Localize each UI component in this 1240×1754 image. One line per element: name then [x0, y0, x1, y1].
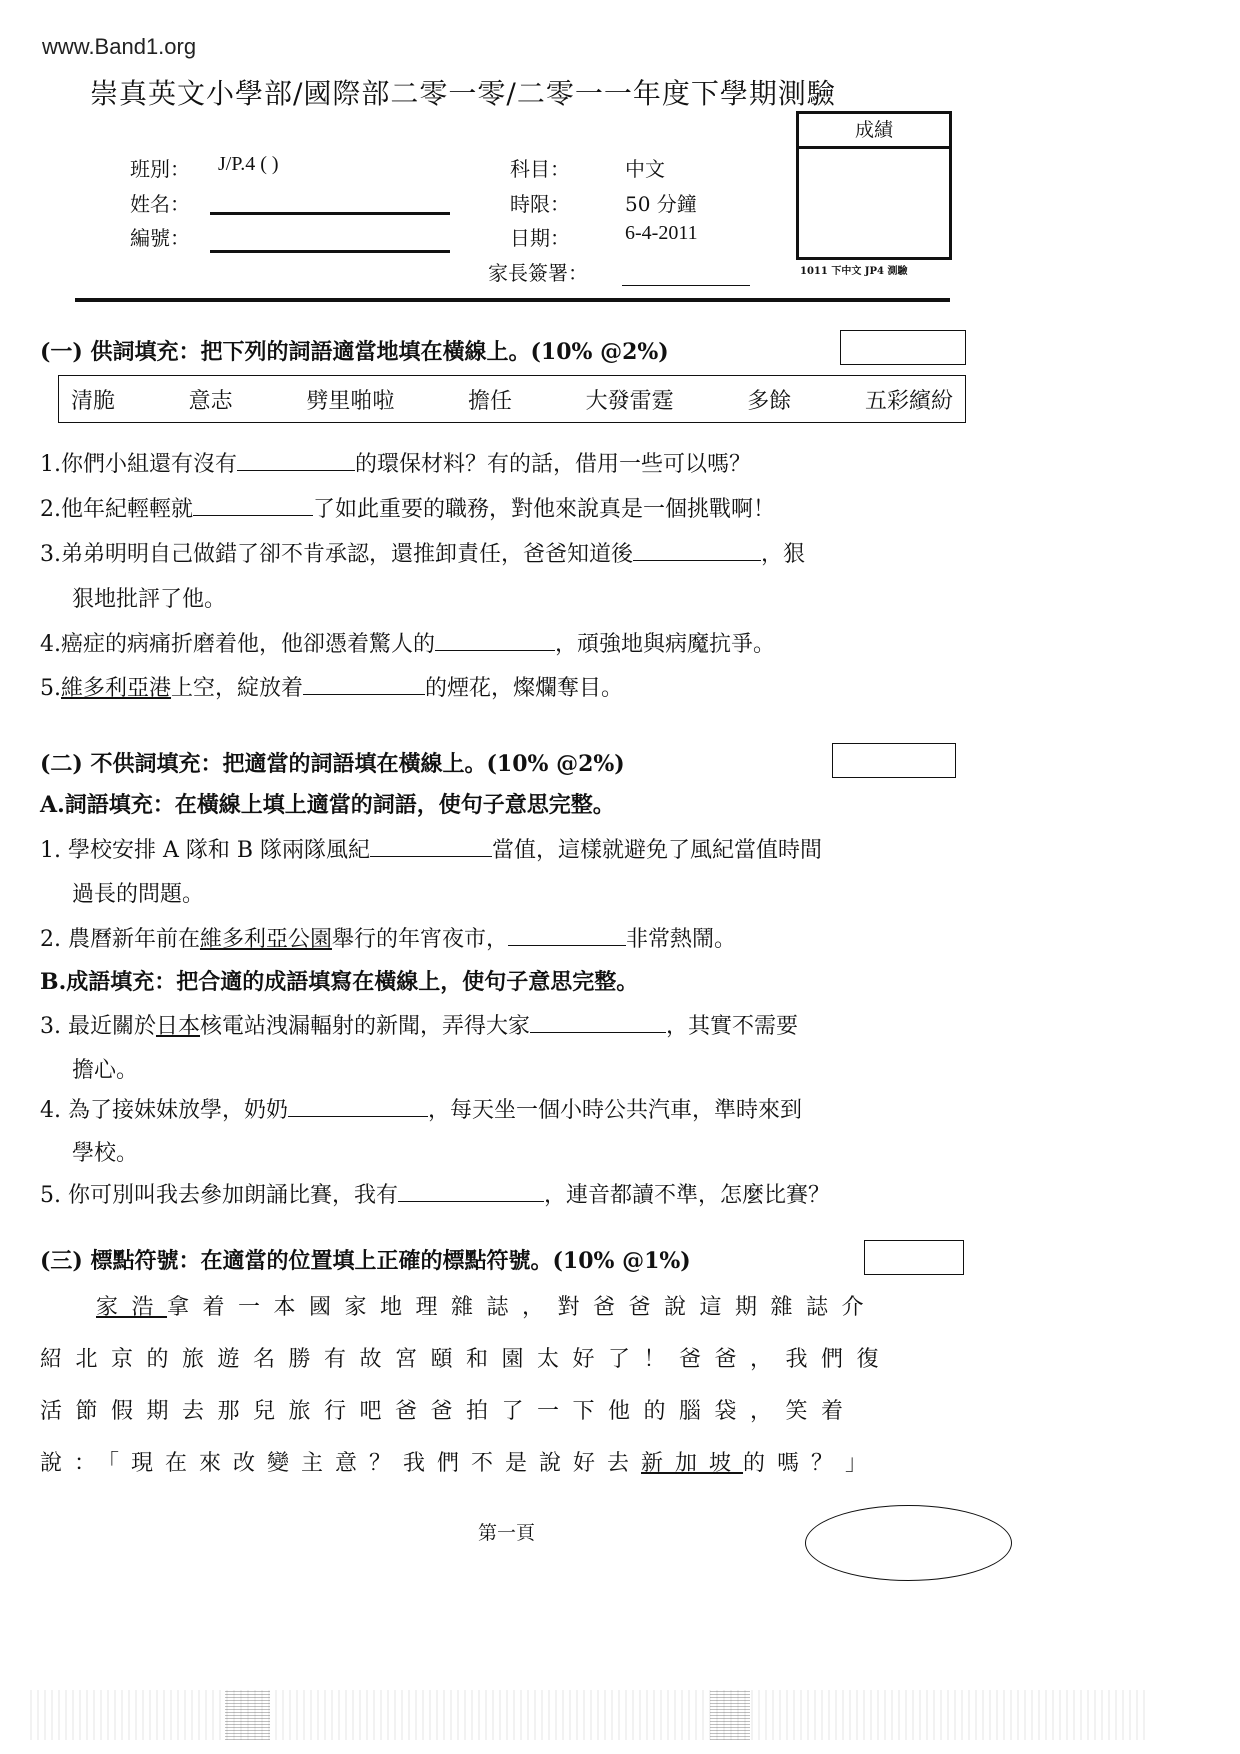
question-text: 了如此重要的職務，對他來說真是一個挑戰啊！ [313, 497, 775, 522]
proper-noun: 家浩 [96, 1295, 167, 1320]
number-field[interactable] [210, 250, 450, 253]
answer-blank[interactable] [530, 1014, 666, 1033]
passage-line-2: 紹北京的旅遊名勝有故宮頤和園太好了！爸爸，我們復 [40, 1342, 892, 1373]
section2-partA-heading: A.詞語填充：在橫線上填上適當的詞語，使句子意思完整。 [40, 788, 615, 819]
date-value: 6-4-2011 [625, 222, 698, 245]
word-bank-item: 意志 [189, 384, 233, 415]
passage-text: 的嗎？」 [743, 1451, 879, 1476]
answer-blank[interactable] [398, 1183, 544, 1202]
word-bank-item: 五彩繽紛 [865, 384, 953, 415]
page-number: 第一頁 [478, 1518, 535, 1545]
s2-question-5: 5. 你可別叫我去參加朗誦比賽，我有，連音都讀不準，怎麼比賽？ [40, 1178, 830, 1209]
question-text: 1.你們小組還有沒有 [40, 452, 237, 477]
passage-line-1: 家浩拿着一本國家地理雜誌，對爸爸說這期雜誌介 [96, 1290, 877, 1321]
answer-blank[interactable] [633, 542, 761, 561]
answer-blank[interactable] [237, 452, 355, 471]
question-text: 5. [40, 676, 61, 701]
answer-blank[interactable] [303, 676, 425, 695]
question-text: 4.癌症的病痛折磨着他，他卻憑着驚人的 [40, 632, 435, 657]
parent-sign-label: 家長簽署： [488, 257, 588, 286]
parent-sign-field[interactable] [622, 285, 750, 286]
score-box: 成績 [796, 111, 952, 260]
section2-partB-heading: B.成語填充：把合適的成語填寫在橫線上，使句子意思完整。 [40, 965, 638, 996]
name-label: 姓名： [130, 188, 190, 217]
s2-question-1-cont: 過長的問題。 [72, 877, 204, 908]
proper-noun: 日本 [156, 1014, 200, 1039]
question-text: 當值，這樣就避免了風紀當值時間 [492, 838, 822, 863]
proper-noun: 新加坡 [641, 1451, 743, 1476]
passage-text: 拿着一本國家地理雜誌，對爸爸說這期雜誌介 [167, 1295, 877, 1320]
question-text: 4. 為了接妹妹放學，奶奶 [40, 1098, 288, 1123]
stamp-oval [805, 1505, 1012, 1581]
question-text: 3. 最近關於 [40, 1014, 156, 1039]
word-bank-item: 劈里啪啦 [306, 384, 394, 415]
question-text: 上空，綻放着 [171, 676, 303, 701]
question-text: 2. 農曆新年前在 [40, 927, 200, 952]
s1-question-2: 2.他年紀輕輕就了如此重要的職務，對他來說真是一個挑戰啊！ [40, 492, 775, 523]
question-text: 3.弟弟明明自己做錯了卻不肯承認，還推卸責任，爸爸知道後 [40, 542, 633, 567]
s2-question-3-cont: 擔心。 [72, 1053, 138, 1084]
section2-mark-box[interactable] [832, 743, 956, 778]
s2-question-4-cont: 學校。 [72, 1136, 138, 1167]
passage-line-4: 說：「現在來改變主意？我們不是說好去新加坡的嗎？」 [40, 1446, 879, 1477]
section1-mark-box[interactable] [840, 330, 966, 365]
question-text: ，每天坐一個小時公共汽車，準時來到 [428, 1098, 802, 1123]
score-box-label: 成績 [799, 114, 949, 149]
class-label: 班別： [130, 153, 190, 182]
section3-heading: (三) 標點符號：在適當的位置填上正確的標點符號。(10% @1%) [40, 1244, 691, 1275]
question-text: 舉行的年宵夜市， [332, 927, 508, 952]
answer-blank[interactable] [435, 632, 555, 651]
question-text: ，狠 [761, 542, 805, 567]
s1-question-4: 4.癌症的病痛折磨着他，他卻憑着驚人的，頑強地與病魔抗爭。 [40, 627, 775, 658]
s1-question-3-cont: 狠地批評了他。 [72, 582, 226, 613]
subject-value: 中文 [625, 153, 665, 182]
exam-title: 崇真英文小學部/國際部二零一零/二零一一年度下學期測驗 [90, 72, 836, 112]
question-text: ，頑強地與病魔抗爭。 [555, 632, 775, 657]
s2-question-2: 2. 農曆新年前在維多利亞公園舉行的年宵夜市，非常熱鬧。 [40, 922, 736, 953]
word-bank-item: 多餘 [747, 384, 791, 415]
word-bank-item: 擔任 [468, 384, 512, 415]
scan-noise [710, 1690, 750, 1740]
date-label: 日期： [510, 222, 570, 251]
score-box-caption: 1011 下中文 JP4 測驗 [800, 262, 908, 277]
s2-question-1: 1. 學校安排 A 隊和 B 隊兩隊風紀當值，這樣就避免了風紀當值時間 [40, 833, 822, 864]
section2-heading: (二) 不供詞填充：把適當的詞語填在橫線上。(10% @2%) [40, 747, 625, 778]
s2-question-4: 4. 為了接妹妹放學，奶奶，每天坐一個小時公共汽車，準時來到 [40, 1093, 802, 1124]
name-field[interactable] [210, 212, 450, 215]
number-label: 編號： [130, 222, 190, 251]
answer-blank[interactable] [508, 927, 626, 946]
section3-mark-box[interactable] [864, 1240, 964, 1275]
question-text: ，其實不需要 [666, 1014, 798, 1039]
question-text: 核電站洩漏輻射的新聞，弄得大家 [200, 1014, 530, 1039]
passage-text: 說：「現在來改變主意？我們不是說好去 [40, 1451, 641, 1476]
question-text: ，連音都讀不準，怎麼比賽？ [544, 1183, 830, 1208]
section1-heading: (一) 供詞填充：把下列的詞語適當地填在橫線上。(10% @2%) [40, 335, 669, 366]
header-divider [75, 298, 950, 302]
word-bank-item: 大發雷霆 [586, 384, 674, 415]
s1-question-3: 3.弟弟明明自己做錯了卻不肯承認，還推卸責任，爸爸知道後，狠 [40, 537, 805, 568]
passage-line-3: 活節假期去那兒旅行吧爸爸拍了一下他的腦袋，笑着 [40, 1394, 857, 1425]
s1-question-5: 5.維多利亞港上空，綻放着的煙花，燦爛奪目。 [40, 671, 623, 702]
s2-question-3: 3. 最近關於日本核電站洩漏輻射的新聞，弄得大家，其實不需要 [40, 1009, 798, 1040]
proper-noun: 維多利亞公園 [200, 927, 332, 952]
answer-blank[interactable] [288, 1098, 428, 1117]
question-text: 2.他年紀輕輕就 [40, 497, 193, 522]
proper-noun: 維多利亞港 [61, 676, 171, 701]
answer-blank[interactable] [370, 838, 492, 857]
question-text: 5. 你可別叫我去參加朗誦比賽，我有 [40, 1183, 398, 1208]
question-text: 1. 學校安排 A 隊和 B 隊兩隊風紀 [40, 838, 370, 863]
scan-noise [30, 1690, 1150, 1740]
time-label: 時限： [510, 188, 570, 217]
class-value: J/P.4 ( ) [218, 153, 279, 176]
word-bank: 清脆 意志 劈里啪啦 擔任 大發雷霆 多餘 五彩繽紛 [58, 375, 966, 423]
time-value: 50 分鐘 [625, 188, 697, 217]
question-text: 的環保材料？有的話，借用一些可以嗎？ [355, 452, 751, 477]
s1-question-1: 1.你們小組還有沒有的環保材料？有的話，借用一些可以嗎？ [40, 447, 751, 478]
question-text: 的煙花，燦爛奪目。 [425, 676, 623, 701]
watermark-url: www.Band1.org [42, 34, 196, 60]
word-bank-item: 清脆 [71, 384, 115, 415]
answer-blank[interactable] [193, 497, 313, 516]
question-text: 非常熱鬧。 [626, 927, 736, 952]
scan-noise [225, 1690, 270, 1740]
subject-label: 科目： [510, 153, 570, 182]
